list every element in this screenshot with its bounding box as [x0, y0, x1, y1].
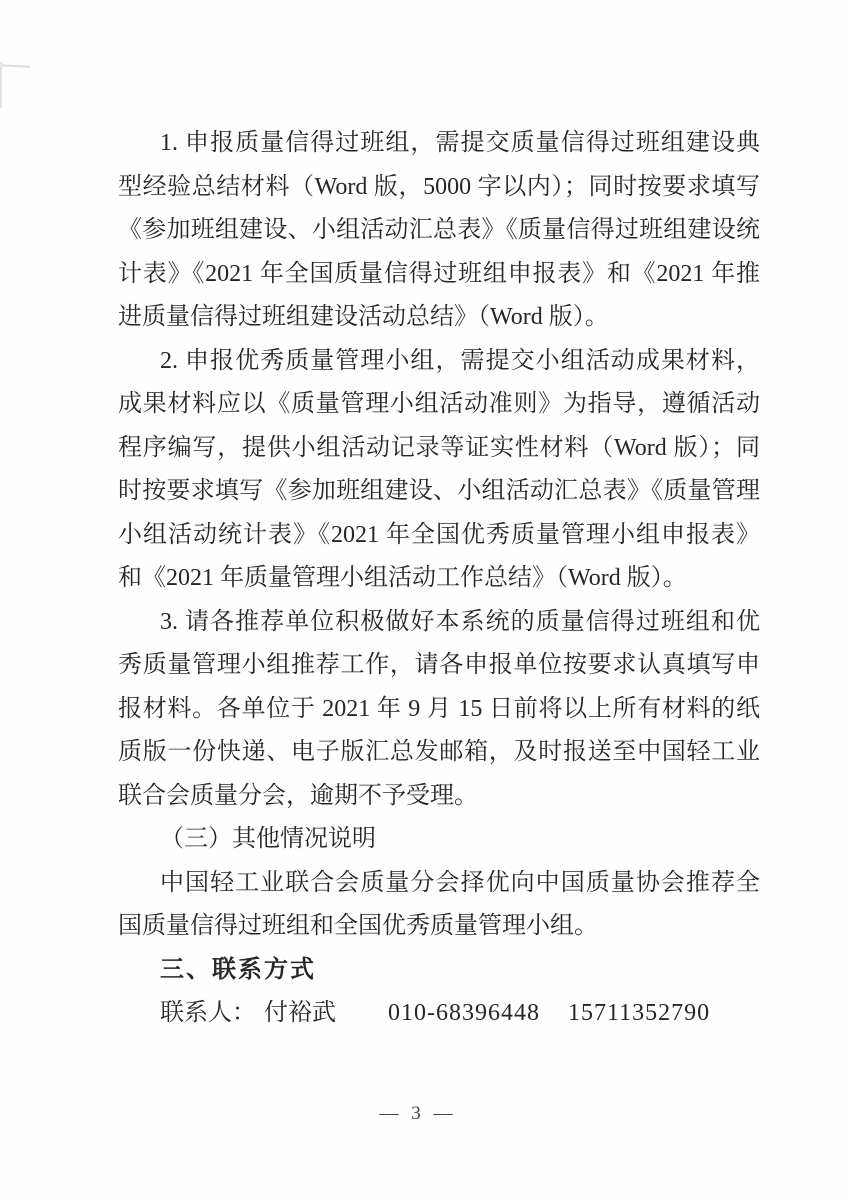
contact-line: 联系人：付裕武010-6839644815711352790	[118, 992, 760, 1036]
paragraph-1-line: 1. 申报质量信得过班组，需提交质量信得过班组建设典	[118, 122, 760, 166]
section-heading-other-notes: （三）其他情况说明	[118, 818, 760, 862]
paragraph-2-line: 程序编写，提供小组活动记录等证实性材料（Word 版）；同	[118, 427, 760, 471]
paragraph-2-line: 小组活动统计表》《2021 年全国优秀质量管理小组申报表》	[118, 514, 760, 558]
paragraph-3-line: 联合会质量分会，逾期不予受理。	[118, 775, 760, 819]
paragraph-1-line: 型经验总结材料（Word 版，5000 字以内）；同时按要求填写	[118, 166, 760, 210]
paragraph-2-line: 2. 申报优秀质量管理小组，需提交小组活动成果材料，	[118, 340, 760, 384]
contact-phone-number: 010-68396448	[388, 1000, 540, 1026]
paragraph-3: 3. 请各推荐单位积极做好本系统的质量信得过班组和优 秀质量管理小组推荐工作，请…	[118, 601, 760, 819]
paragraph-1-line: 《参加班组建设、小组活动汇总表》《质量信得过班组建设统	[118, 209, 760, 253]
paragraph-1: 1. 申报质量信得过班组，需提交质量信得过班组建设典 型经验总结材料（Word …	[118, 122, 760, 340]
paragraph-1-line: 计表》《2021 年全国质量信得过班组申报表》和《2021 年推	[118, 253, 760, 297]
scan-artifact-horizontal	[0, 64, 30, 68]
paragraph-2-line: 和《2021 年质量管理小组活动工作总结》（Word 版）。	[118, 557, 760, 601]
paragraph-4: 中国轻工业联合会质量分会择优向中国质量协会推荐全 国质量信得过班组和全国优秀质量…	[118, 862, 760, 949]
paragraph-3-line: 秀质量管理小组推荐工作，请各申报单位按要求认真填写申	[118, 644, 760, 688]
scan-artifact-vertical	[0, 62, 2, 108]
paragraph-3-line: 3. 请各推荐单位积极做好本系统的质量信得过班组和优	[118, 601, 760, 645]
paragraph-2-line: 成果材料应以《质量管理小组活动准则》为指导，遵循活动	[118, 383, 760, 427]
page-number: — 3 —	[0, 1103, 842, 1125]
contact-person-name: 付裕武	[264, 1000, 336, 1026]
paragraph-4-line: 中国轻工业联合会质量分会择优向中国质量协会推荐全	[118, 862, 760, 906]
paragraph-2: 2. 申报优秀质量管理小组，需提交小组活动成果材料， 成果材料应以《质量管理小组…	[118, 340, 760, 601]
paragraph-1-line: 进质量信得过班组建设活动总结》（Word 版）。	[118, 296, 760, 340]
document-body: 1. 申报质量信得过班组，需提交质量信得过班组建设典 型经验总结材料（Word …	[118, 122, 760, 1036]
contact-label: 联系人：	[160, 1000, 256, 1026]
document-page: 1. 申报质量信得过班组，需提交质量信得过班组建设典 型经验总结材料（Word …	[0, 0, 848, 1200]
paragraph-4-line: 国质量信得过班组和全国优秀质量管理小组。	[118, 905, 760, 949]
paragraph-3-line: 质版一份快递、电子版汇总发邮箱，及时报送至中国轻工业	[118, 731, 760, 775]
contact-mobile-number: 15711352790	[568, 1000, 710, 1026]
section-heading-contact: 三、联系方式	[118, 949, 760, 993]
paragraph-2-line: 时按要求填写《参加班组建设、小组活动汇总表》《质量管理	[118, 470, 760, 514]
paragraph-3-line: 报材料。各单位于 2021 年 9 月 15 日前将以上所有材料的纸	[118, 688, 760, 732]
